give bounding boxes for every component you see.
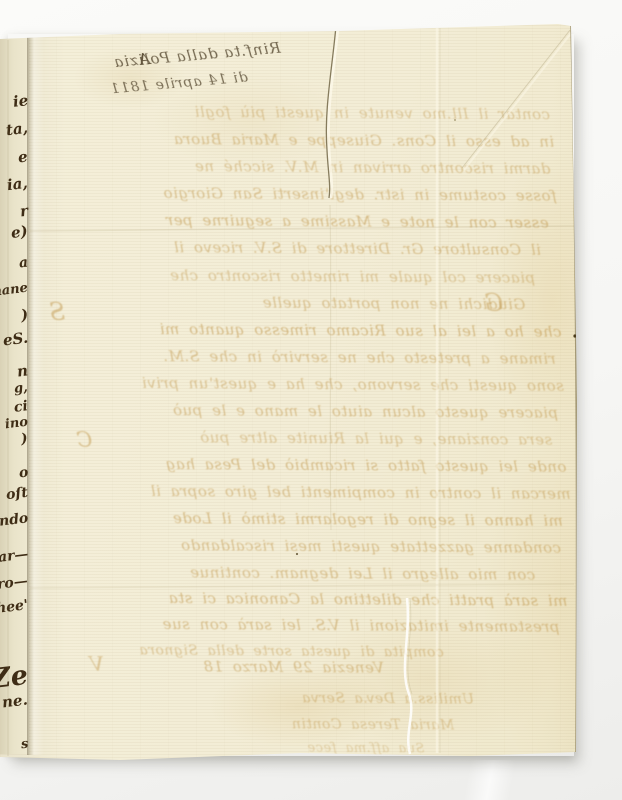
creases-overlay	[0, 0, 622, 800]
vertical-fold-center	[330, 205, 331, 530]
speck	[606, 75, 608, 77]
speck	[159, 771, 161, 773]
letter-sheet: contar il Ill.mo venute in questi più fo…	[0, 0, 622, 800]
corner-crease-topright	[462, 30, 570, 168]
corner-crease-topright-highlight	[464, 32, 572, 170]
scanner-glare	[380, 760, 600, 800]
speck	[573, 334, 576, 337]
white-crease-top	[604, 120, 612, 330]
speck	[296, 553, 298, 555]
scanner-background: contar il Ill.mo venute in questi più fo…	[0, 0, 622, 800]
speck	[51, 29, 53, 31]
horizontal-fold-lower	[30, 584, 574, 588]
speck	[611, 17, 613, 19]
horizontal-fold-upper	[30, 226, 574, 231]
speck	[256, 27, 258, 29]
speck	[454, 119, 456, 121]
